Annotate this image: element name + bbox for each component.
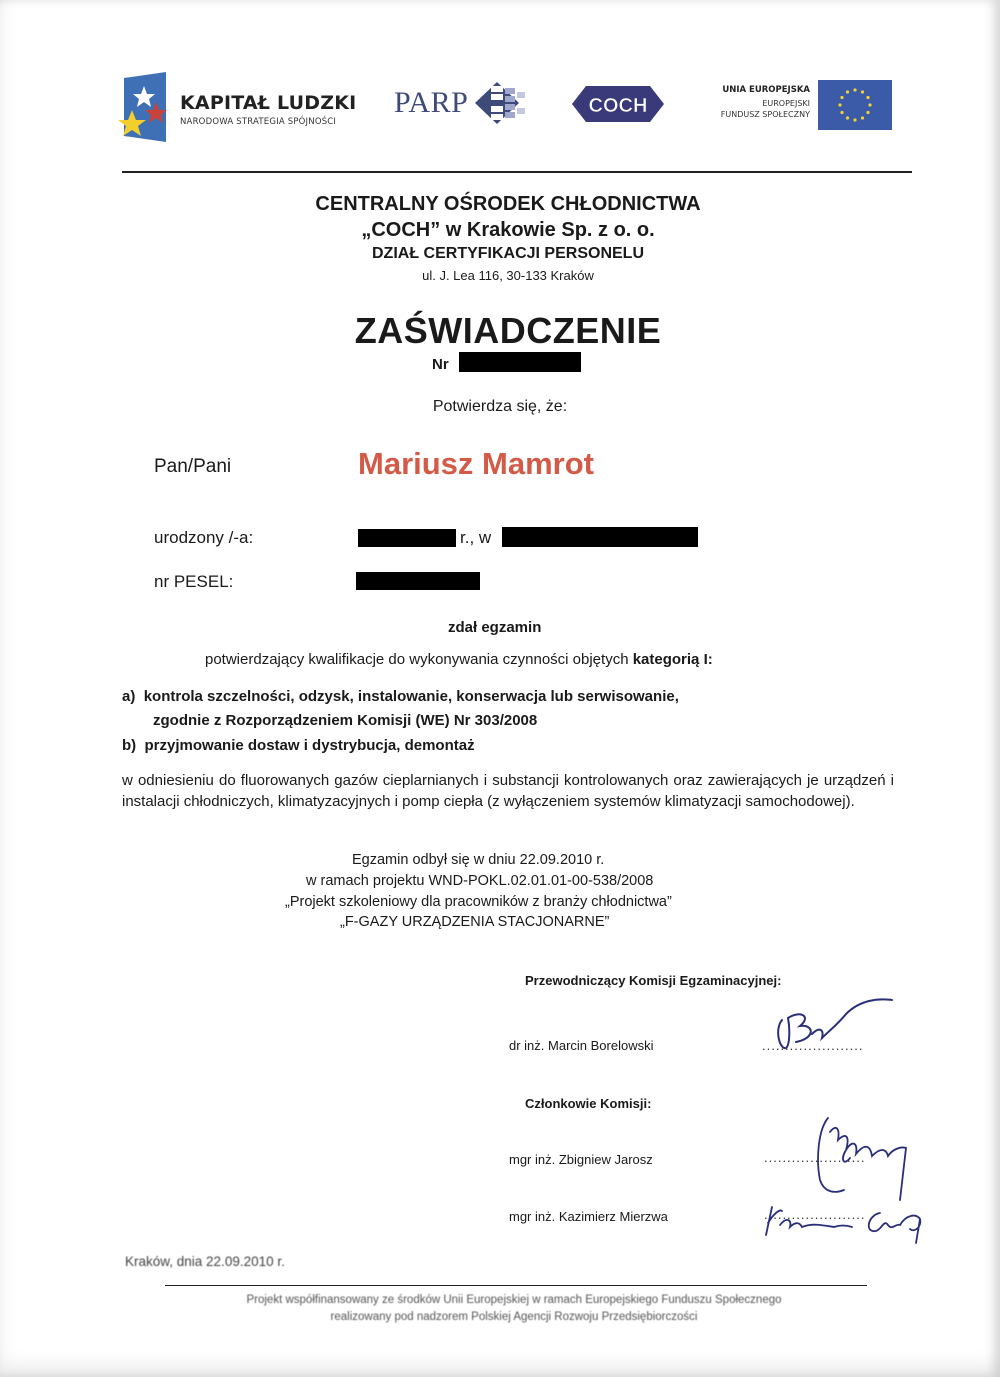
place-and-date: Kraków, dnia 22.09.2010 r.: [125, 1254, 285, 1269]
institution-company: „COCH” w Krakowie Sp. z o. o.: [8, 219, 1000, 242]
qualification-text: potwierdzający kwalifikacje do wykonywan…: [205, 651, 713, 668]
parp-logo-text: PARP: [394, 86, 468, 120]
eu-logo-title: UNIA EUROPEJSKA: [700, 85, 810, 95]
birth-place-redaction: [502, 527, 698, 547]
birth-date-redaction: [358, 529, 456, 547]
eu-logo-subtitle-2: FUNDUSZ SPOŁECZNY: [680, 110, 810, 119]
birth-connector: r., w: [460, 528, 491, 548]
document-title: ZAŚWIADCZENIE: [8, 310, 1000, 352]
eu-flag-icon: [818, 80, 892, 130]
members-heading: Członkowie Komisji:: [525, 1096, 651, 1111]
birth-label: urodzony /-a:: [154, 528, 253, 548]
project-name-line: „Projekt szkoleniowy dla pracowników z b…: [285, 894, 672, 910]
project-number-line: w ramach projektu WND-POKL.02.01.01-00-5…: [306, 873, 653, 889]
member-1-name: mgr inż. Zbigniew Jarosz: [509, 1152, 653, 1167]
coch-logo-icon: COCH: [572, 82, 664, 126]
parp-logo-icon: [475, 80, 527, 126]
exam-passed: zdał egzamin: [448, 619, 541, 636]
kapital-ludzki-subtitle: NARODOWA STRATEGIA SPÓJNOŚCI: [180, 117, 336, 127]
scope-item-b: b) przyjmowanie dostaw i dystrybucja, de…: [122, 737, 475, 754]
scope-item-a-line2: zgodnie z Rozporządzeniem Komisji (WE) N…: [153, 712, 537, 729]
project-subtitle-line: „F-GAZY URZĄDZENIA STACJONARNE”: [340, 914, 609, 930]
chair-signature-icon: [760, 990, 900, 1060]
institution-department: DZIAŁ CERTYFIKACJI PERSONELU: [8, 245, 1000, 263]
scope-item-a: a) kontrola szczelności, odzysk, instalo…: [122, 688, 679, 705]
person-name: Mariusz Mamrot: [358, 446, 594, 482]
chair-name: dr inż. Marcin Borelowski: [509, 1038, 654, 1053]
salutation-label: Pan/Pani: [154, 456, 231, 478]
scope-item-a-marker: a): [122, 688, 135, 705]
institution-name: CENTRALNY OŚRODEK CHŁODNICTWA: [8, 193, 1000, 216]
svg-text:COCH: COCH: [589, 95, 648, 117]
funding-note-line-1: Projekt współfinansowany ze środków Unii…: [14, 1294, 1000, 1306]
scope-item-b-line1: przyjmowanie dostaw i dystrybucja, demon…: [145, 737, 475, 754]
scope-item-a-line1: kontrola szczelności, odzysk, instalowan…: [144, 688, 679, 705]
scope-paragraph: w odniesieniu do fluorowanych gazów ciep…: [122, 770, 894, 812]
chair-heading: Przewodniczący Komisji Egzaminacyjnej:: [525, 973, 781, 988]
eu-logo-subtitle-1: EUROPEJSKI: [700, 99, 810, 108]
scope-item-b-marker: b): [122, 737, 136, 754]
qualification-prefix: potwierdzający kwalifikacje do wykonywan…: [205, 651, 633, 668]
member-2-signature-icon: [760, 1195, 950, 1245]
institution-address: ul. J. Lea 116, 30-133 Kraków: [8, 268, 1000, 283]
pesel-label: nr PESEL:: [154, 572, 233, 592]
kapital-ludzki-title: KAPITAŁ LUDZKI: [180, 92, 356, 114]
qualification-category: kategorią I:: [633, 651, 713, 668]
member-2-name: mgr inż. Kazimierz Mierzwa: [509, 1209, 668, 1224]
footer-divider: [165, 1285, 867, 1286]
document-number-redaction: [459, 352, 581, 372]
header-divider: [122, 171, 912, 173]
exam-date-line: Egzamin odbył się w dniu 22.09.2010 r.: [352, 852, 604, 868]
funding-note-line-2: realizowany pod nadzorem Polskiej Agencj…: [14, 1311, 1000, 1323]
pesel-redaction: [356, 572, 480, 590]
confirmation-text: Potwierdza się, że:: [0, 398, 1000, 416]
document-number-label: Nr: [432, 356, 449, 373]
kapital-ludzki-logo-icon: [118, 72, 170, 142]
